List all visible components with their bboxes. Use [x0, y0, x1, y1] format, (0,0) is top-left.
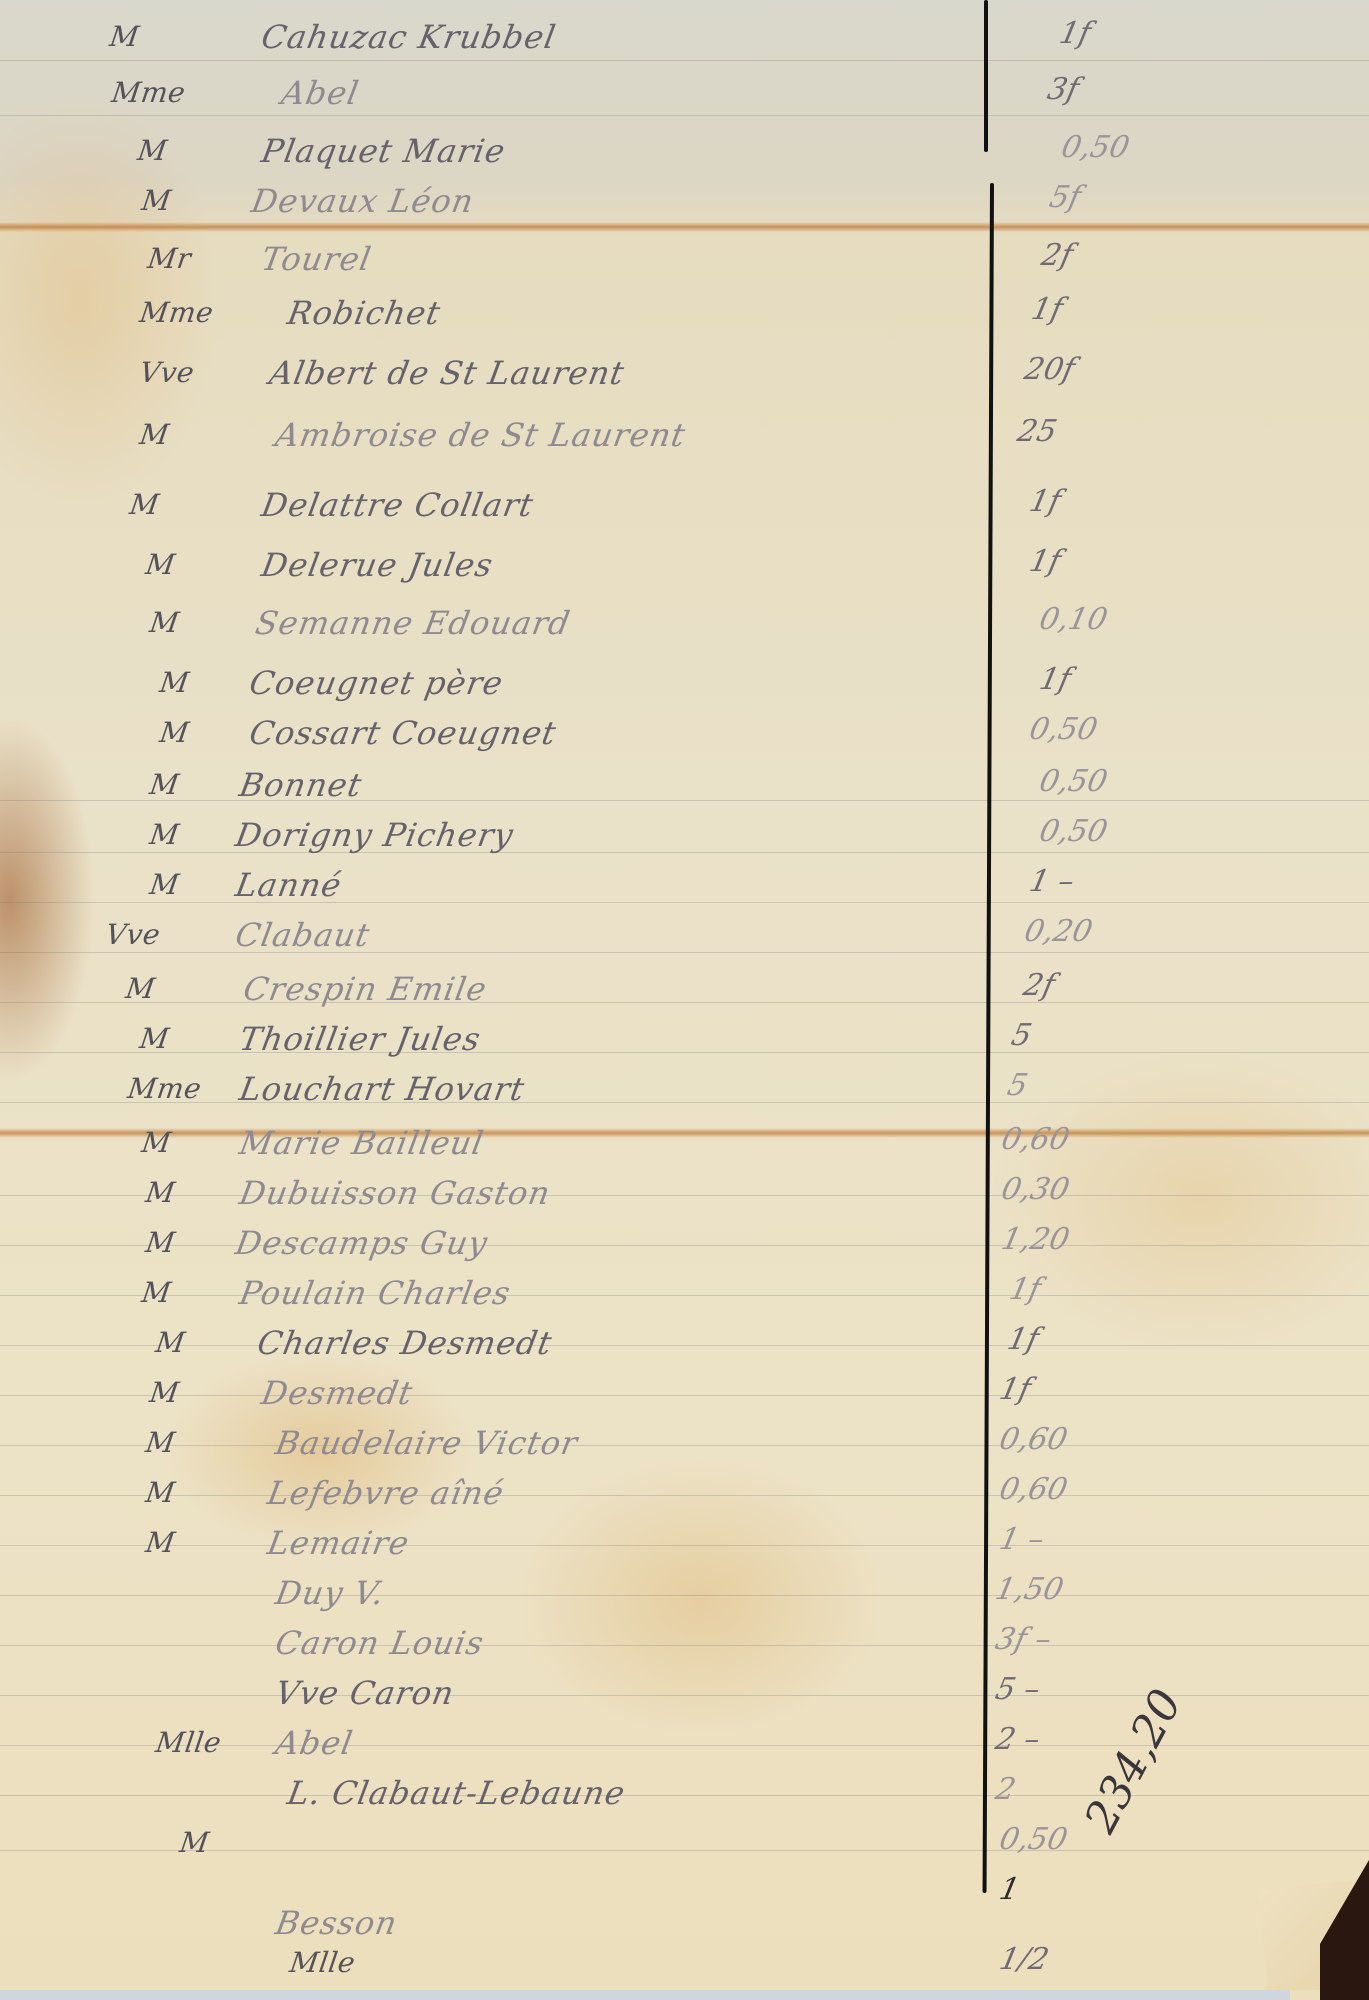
- entry-amount: 2 –: [992, 1722, 1043, 1757]
- entry-amount: 0,50: [1036, 764, 1110, 799]
- list-item: M 0,50: [0, 1820, 1369, 1870]
- list-item: Mme Abel 3f: [0, 70, 1369, 120]
- entry-amount: 0,50: [1036, 814, 1110, 849]
- entry-name: Thoillier Jules: [237, 1020, 484, 1058]
- entry-name: Cossart Coeugnet: [247, 714, 560, 752]
- list-item: Vve Albert de St Laurent 20f: [0, 350, 1369, 400]
- entry-amount: 1f: [1026, 544, 1064, 579]
- entry-title: M: [140, 1276, 174, 1309]
- entry-name: Semanne Edouard: [253, 604, 574, 642]
- entry-name: Crespin Emile: [241, 970, 490, 1008]
- entry-title: M: [144, 548, 178, 581]
- entry-amount: 1/2: [996, 1942, 1052, 1977]
- list-item: M Dubuisson Gaston 0,30: [0, 1170, 1369, 1220]
- list-item: M Plaquet Marie 0,50: [0, 128, 1369, 178]
- entry-title: M: [144, 1176, 178, 1209]
- entry-amount: 0,50: [1026, 712, 1100, 747]
- entry-name: Delattre Collart: [259, 486, 537, 524]
- entry-name: Charles Desmedt: [255, 1324, 556, 1362]
- entry-amount: 2: [992, 1772, 1019, 1807]
- entry-name: Coeugnet père: [247, 664, 507, 702]
- entry-title: M: [148, 868, 182, 901]
- entry-name: Caron Louis: [273, 1624, 487, 1662]
- entry-amount: 1f: [1028, 292, 1066, 327]
- entry-title: M: [140, 1126, 174, 1159]
- entry-title: Mlle: [154, 1726, 224, 1759]
- list-item: Vve Clabaut 0,20: [0, 912, 1369, 962]
- list-item: Caron Louis 3f –: [0, 1620, 1369, 1670]
- entry-title: M: [148, 606, 182, 639]
- entry-title: M: [158, 716, 192, 749]
- list-item: M Baudelaire Victor 0,60: [0, 1420, 1369, 1470]
- entry-title: Vve: [138, 356, 197, 389]
- list-item: M Bonnet 0,50: [0, 762, 1369, 812]
- entry-name: Duy V.: [273, 1574, 388, 1612]
- entry-amount: 0,50: [1058, 130, 1132, 165]
- document-page: M Cahuzac Krubbel 1f Mme Abel 3f M Plaqu…: [0, 0, 1369, 2000]
- list-item: Mr Tourel 2f: [0, 236, 1369, 286]
- entry-name: Descamps Guy: [233, 1224, 491, 1262]
- entry-name: Dorigny Pichery: [233, 816, 517, 854]
- entry-amount: 1f: [1026, 484, 1064, 519]
- entry-title: M: [128, 488, 162, 521]
- entry-title: M: [140, 184, 174, 217]
- entry-name: Tourel: [259, 240, 375, 278]
- entry-title: Mme: [138, 296, 216, 329]
- list-item: M Lanné 1 –: [0, 862, 1369, 912]
- entry-amount: 2f: [1038, 238, 1076, 273]
- entry-name: Ambroise de St Laurent: [273, 416, 689, 454]
- entry-title: M: [158, 666, 192, 699]
- list-item: L. Clabaut-Lebaune 2: [0, 1770, 1369, 1820]
- entry-title: M: [144, 1526, 178, 1559]
- list-item: Mlle 1/2: [0, 1940, 1369, 1990]
- list-item: M Desmedt 1f: [0, 1370, 1369, 1420]
- entry-amount: 1f: [1006, 1272, 1044, 1307]
- entry-name: Plaquet Marie: [259, 132, 509, 170]
- entry-name: Delerue Jules: [259, 546, 497, 584]
- entry-name: Albert de St Laurent: [267, 354, 628, 392]
- entry-amount: 0,10: [1036, 602, 1110, 637]
- entry-amount: 0,20: [1021, 914, 1095, 949]
- entry-amount: 1,20: [998, 1222, 1072, 1257]
- entry-amount: 3f: [1044, 72, 1082, 107]
- list-item: M Cahuzac Krubbel 1f: [0, 14, 1369, 64]
- entry-amount: 1f: [996, 1372, 1034, 1407]
- entry-name: Clabaut: [233, 916, 374, 954]
- entry-amount: 0,30: [998, 1172, 1072, 1207]
- list-item: M Devaux Léon 5f: [0, 178, 1369, 228]
- entry-title: M: [144, 1226, 178, 1259]
- list-item: M Thoillier Jules 5: [0, 1016, 1369, 1066]
- entry-title: M: [154, 1326, 188, 1359]
- entry-name: L. Clabaut-Lebaune: [285, 1774, 629, 1812]
- entry-name: Louchart Hovart: [237, 1070, 528, 1108]
- list-item: M Ambroise de St Laurent 25: [0, 412, 1369, 462]
- entry-amount: 5: [1004, 1068, 1031, 1103]
- entry-title: M: [108, 20, 142, 53]
- entry-amount: 5f: [1046, 180, 1084, 215]
- entry-title: Vve: [104, 918, 163, 951]
- entry-amount: 20f: [1021, 352, 1078, 387]
- entry-title: M: [148, 1376, 182, 1409]
- entry-amount: 1,50: [992, 1572, 1066, 1607]
- entry-title: Mlle: [288, 1946, 358, 1979]
- entry-name: Poulain Charles: [237, 1274, 514, 1312]
- entry-amount: 1f: [1056, 16, 1094, 51]
- list-item: M Lemaire 1 –: [0, 1520, 1369, 1570]
- entry-name: Marie Bailleul: [237, 1124, 487, 1162]
- entry-name: Besson: [273, 1904, 401, 1942]
- entry-title: M: [144, 1426, 178, 1459]
- list-item: M Dorigny Pichery 0,50: [0, 812, 1369, 862]
- list-item: M Delerue Jules 1f: [0, 542, 1369, 592]
- entry-title: M: [144, 1476, 178, 1509]
- entry-amount: 5 –: [992, 1672, 1043, 1707]
- entry-name: Baudelaire Victor: [273, 1424, 581, 1462]
- entry-title: M: [148, 818, 182, 851]
- entry-amount: 3f –: [992, 1622, 1054, 1657]
- entry-name: Devaux Léon: [249, 182, 477, 220]
- entry-title: M: [138, 1022, 172, 1055]
- list-item: M Marie Bailleul 0,60: [0, 1120, 1369, 1170]
- entry-amount: 0,60: [998, 1122, 1072, 1157]
- background-strip: [0, 1990, 1290, 2000]
- list-item: M Crespin Emile 2f: [0, 966, 1369, 1016]
- list-item: M Coeugnet père 1f: [0, 660, 1369, 710]
- list-item: M Descamps Guy 1,20: [0, 1220, 1369, 1270]
- entry-amount: 25: [1014, 414, 1060, 449]
- entry-name: Abel: [279, 74, 362, 112]
- entry-title: M: [124, 972, 158, 1005]
- entry-name: Robichet: [285, 294, 444, 332]
- entry-title: Mme: [110, 76, 188, 109]
- entry-name: Lefebvre aîné: [265, 1474, 507, 1512]
- list-item: M Delattre Collart 1f: [0, 482, 1369, 532]
- entry-name: Desmedt: [259, 1374, 416, 1412]
- entry-name: Vve Caron: [273, 1674, 458, 1712]
- entry-amount: 1f: [1036, 662, 1074, 697]
- entry-amount: 2f: [1020, 968, 1058, 1003]
- entry-amount: 0,60: [996, 1472, 1070, 1507]
- entry-amount: 1 –: [1026, 864, 1077, 899]
- entry-name: Abel: [273, 1724, 356, 1762]
- entry-name: Dubuisson Gaston: [237, 1174, 554, 1212]
- entry-amount: 5: [1008, 1018, 1035, 1053]
- entry-name: Lanné: [233, 866, 345, 904]
- entry-title: M: [138, 418, 172, 451]
- list-item: M Charles Desmedt 1f: [0, 1320, 1369, 1370]
- entry-title: M: [148, 768, 182, 801]
- entry-title: Mr: [146, 242, 194, 275]
- list-item: Mme Robichet 1f: [0, 290, 1369, 340]
- list-item: Duy V. 1,50: [0, 1570, 1369, 1620]
- entry-amount: 0,50: [996, 1822, 1070, 1857]
- entry-title: M: [136, 134, 170, 167]
- list-item: Mme Louchart Hovart 5: [0, 1066, 1369, 1116]
- list-item: M Lefebvre aîné 0,60: [0, 1470, 1369, 1520]
- entry-title: Mme: [126, 1072, 204, 1105]
- list-item: M Semanne Edouard 0,10: [0, 600, 1369, 650]
- entry-name: Cahuzac Krubbel: [259, 18, 559, 56]
- entry-title: M: [178, 1826, 212, 1859]
- list-item: M Poulain Charles 1f: [0, 1270, 1369, 1320]
- entry-name: Lemaire: [265, 1524, 413, 1562]
- entry-amount: 1f: [1004, 1322, 1042, 1357]
- list-item: M Cossart Coeugnet 0,50: [0, 710, 1369, 760]
- entry-amount: 1 –: [996, 1522, 1047, 1557]
- entry-amount: 0,60: [996, 1422, 1070, 1457]
- entry-name: Bonnet: [237, 766, 365, 804]
